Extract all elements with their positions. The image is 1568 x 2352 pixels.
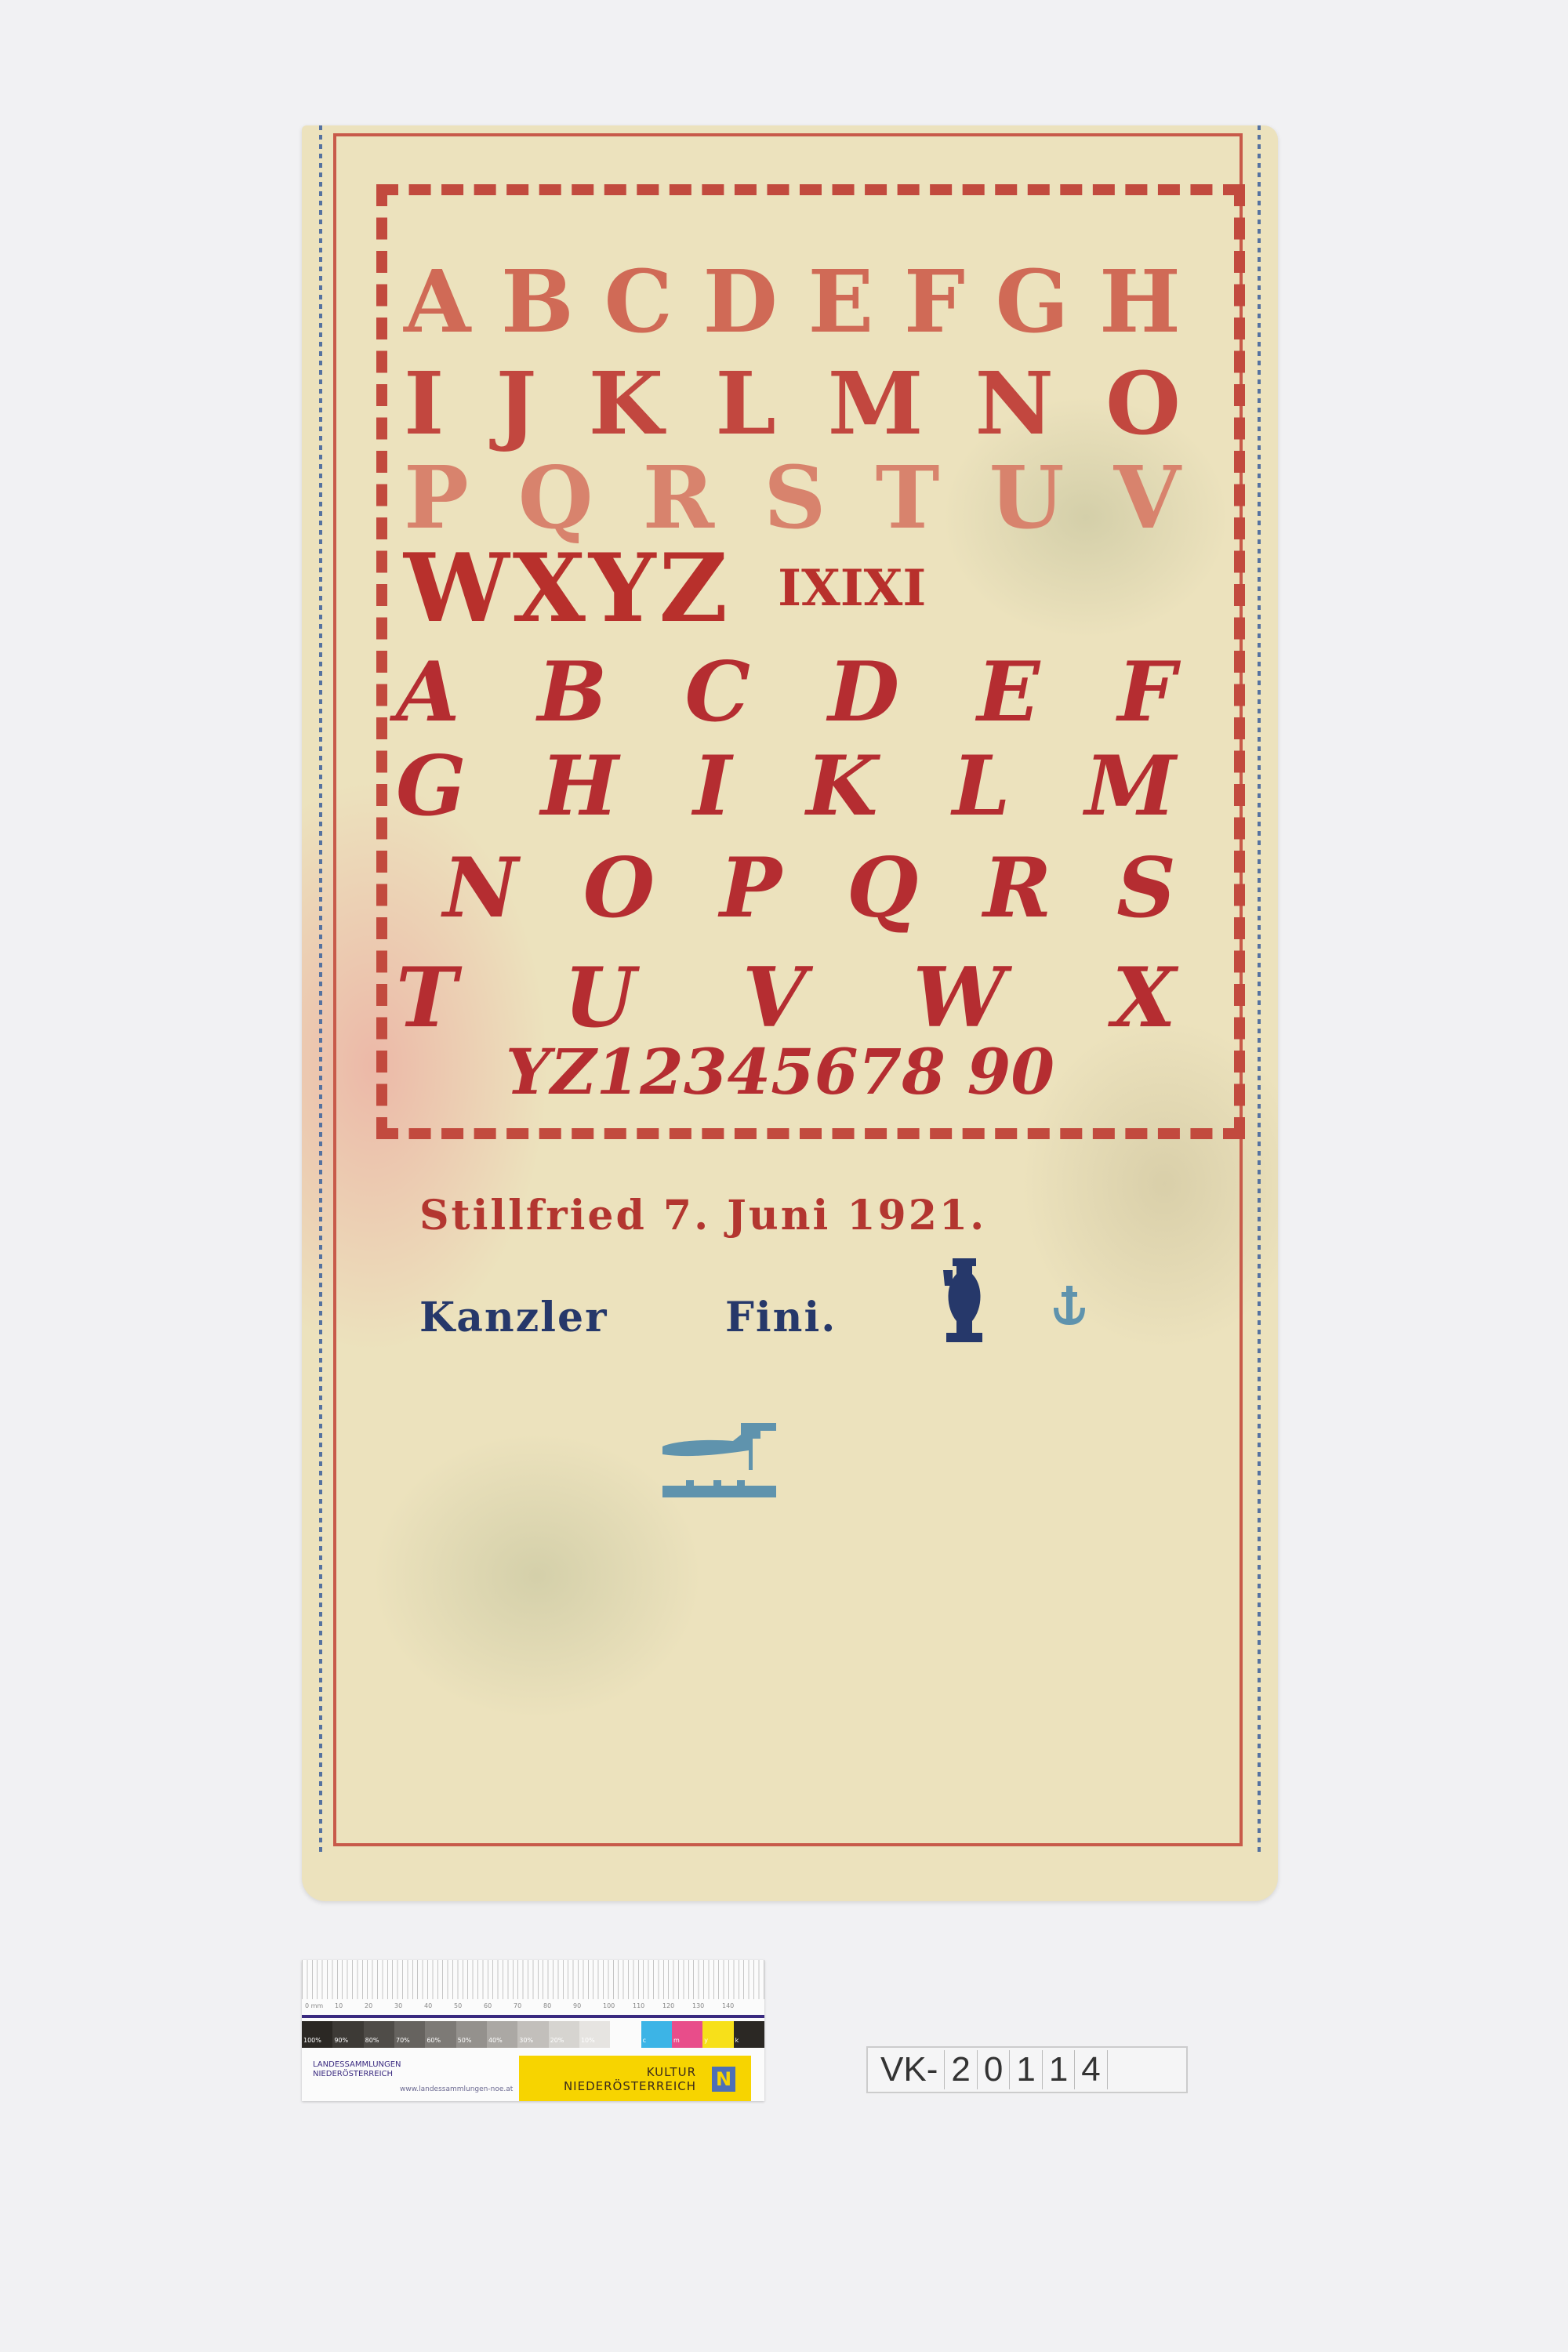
swatch: 40% (487, 2021, 517, 2048)
swatch: 10% (579, 2021, 610, 2048)
block-alphabet-row-1: A B C D E F G H (404, 251, 1184, 352)
letter: I (693, 737, 731, 834)
letter: O (1105, 353, 1184, 454)
letter: D (703, 251, 781, 352)
script-alphabet-row-2: G H I K L M (396, 737, 1176, 834)
letter: K (589, 353, 667, 454)
letter: W (913, 949, 1005, 1046)
letters-and-numerals: YZ12345678 90 (506, 1035, 1054, 1109)
deer-icon (659, 1419, 784, 1501)
letter: M (828, 353, 927, 454)
letter: C (604, 251, 676, 352)
letter: C (684, 643, 750, 740)
website-url: www.landessammlungen-noe.at (400, 2085, 513, 2093)
inventory-digit: 1 (1010, 2050, 1042, 2089)
left-selvage-stripe (319, 125, 322, 1854)
inventory-prefix: VK- (874, 2050, 945, 2089)
maker-surname: Kanzler (419, 1294, 608, 1341)
letter: H (1099, 251, 1184, 352)
script-alphabet-row-5: YZ12345678 90 (506, 1035, 1184, 1109)
swatch: 60% (425, 2021, 456, 2048)
noe-logo-icon: N (712, 2067, 735, 2092)
letter: N (975, 353, 1058, 454)
swatch: 20% (549, 2021, 579, 2048)
letter: U (564, 949, 636, 1046)
block-alphabet-row-2: I J K L M N O (404, 353, 1184, 454)
script-alphabet-row-3: N O P Q R S (443, 839, 1176, 936)
letter: V (742, 949, 806, 1046)
swatch-black: k (734, 2021, 764, 2048)
inventory-digit: 4 (1075, 2050, 1107, 2089)
letter: I (404, 353, 447, 454)
letter: D (828, 643, 899, 740)
anchor-icon (1051, 1284, 1088, 1331)
maker-first-name: Fini. (725, 1294, 837, 1341)
letter: H (541, 737, 619, 834)
letter: E (808, 251, 877, 352)
swatch-yellow: y (702, 2021, 733, 2048)
letter: R (983, 839, 1051, 936)
place-date-inscription: Stillfried 7. Juni 1921. (419, 1192, 986, 1240)
letter: A (404, 251, 474, 352)
letter: T (396, 949, 457, 1046)
letter: F (904, 251, 968, 352)
swatch-cyan: c (641, 2021, 672, 2048)
inventory-digit: 0 (978, 2050, 1010, 2089)
kultur-noe-banner: KULTUR NIEDERÖSTERREICH N (519, 2056, 751, 2101)
swatch-magenta: m (672, 2021, 702, 2048)
letter: G (996, 251, 1073, 352)
letter: P (720, 839, 782, 936)
swatch: 80% (364, 2021, 394, 2048)
inventory-digit: 2 (945, 2050, 977, 2089)
letter: J (496, 353, 540, 454)
letter: S (1116, 839, 1176, 936)
kultur-wordmark: KULTUR NIEDERÖSTERREICH (564, 2065, 696, 2093)
ruler-labels: 0 mm102030405060708090100110120130140 (305, 2002, 768, 2009)
letter: X (1112, 949, 1175, 1046)
vase-icon (937, 1254, 992, 1348)
ruler-scale (302, 1960, 764, 1999)
letter: B (501, 251, 577, 352)
script-alphabet-row-1: A B C D E F (396, 643, 1176, 740)
letter: F (1117, 643, 1176, 740)
letter: Q (847, 839, 918, 936)
inventory-number-label: VK- 2 0 1 1 4 (866, 2046, 1188, 2093)
swatch: 90% (332, 2021, 363, 2048)
card-divider-stripe (302, 2015, 764, 2018)
color-calibration-card: 0 mm102030405060708090100110120130140 10… (302, 1960, 764, 2101)
letter: O (583, 839, 655, 936)
swatch: 70% (394, 2021, 425, 2048)
swatch: 50% (456, 2021, 487, 2048)
right-selvage-stripe (1258, 125, 1261, 1854)
swatch-white (610, 2021, 641, 2048)
embroidered-sampler: A B C D E F G H I J K L M N O P Q R S T … (302, 125, 1278, 1901)
letter: E (977, 643, 1040, 740)
letter: K (806, 737, 877, 834)
script-alphabet-row-4: T U V W X (396, 949, 1176, 1046)
block-alphabet-row-4: WXYZ IXIXI (404, 533, 1184, 644)
inventory-digit: 1 (1043, 2050, 1075, 2089)
letter: L (715, 353, 779, 454)
gray-and-cmyk-swatches: 100% 90% 80% 70% 60% 50% 40% 30% 20% 10%… (302, 2021, 764, 2048)
swatch: 100% (302, 2021, 332, 2048)
landessammlungen-logo: LANDESSAMMLUNGEN NIEDERÖSTERREICH (313, 2060, 401, 2079)
letter: N (443, 839, 518, 936)
letter: L (953, 737, 1011, 834)
letter: B (538, 643, 608, 740)
letter: M (1085, 737, 1176, 834)
decorative-motif: IXIXI (778, 559, 926, 618)
letters-wxyz: WXYZ (404, 533, 731, 644)
letter: G (396, 737, 466, 834)
swatch: 30% (517, 2021, 548, 2048)
letter: A (396, 643, 459, 740)
